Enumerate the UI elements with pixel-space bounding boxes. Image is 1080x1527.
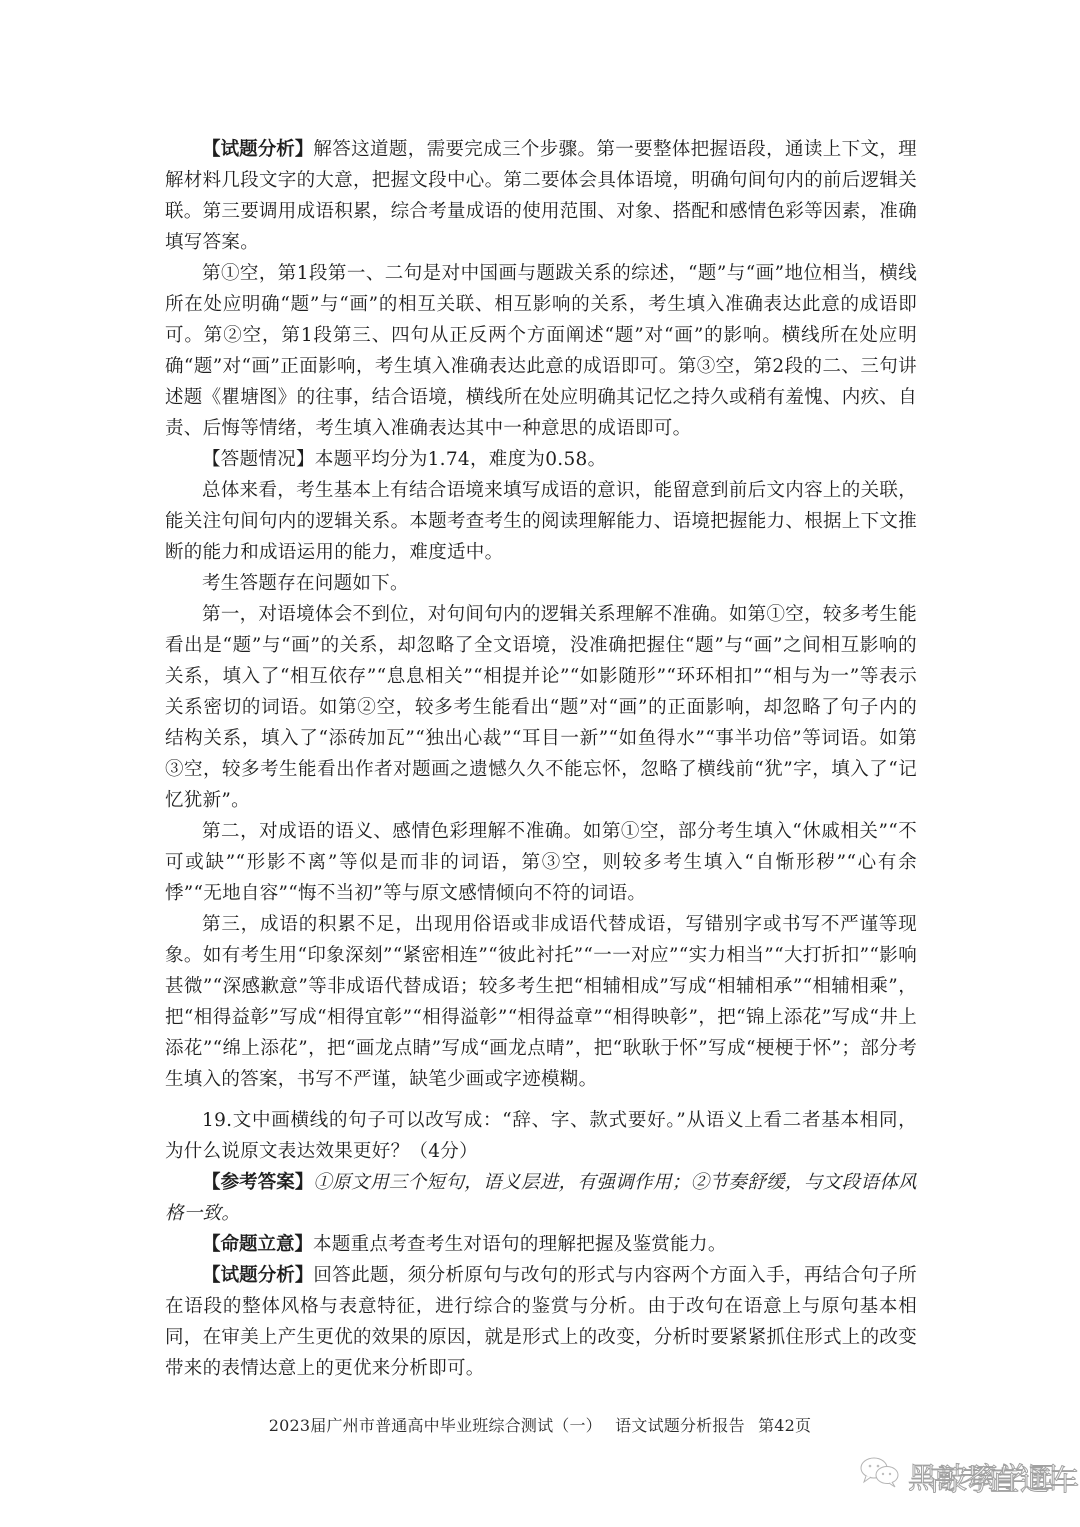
footer-subtitle: 语文试题分析报告: [615, 1416, 745, 1435]
problems-intro-paragraph: 考生答题存在问题如下。: [165, 568, 917, 599]
section-label-answer: 【参考答案】: [202, 1172, 313, 1193]
watermark-text-2: 高考直通车: [930, 1458, 1080, 1499]
section-label-intent: 【命题立意】: [202, 1234, 313, 1255]
page-number: 第42页: [758, 1416, 811, 1435]
paragraph-text: 第一，对语境体会不到位，对句间句内的逻辑关系理解不准确。如第①空，较多考生能看出…: [165, 604, 917, 811]
paragraph-text: 本题重点考查考生对语句的理解把握及鉴赏能力。: [313, 1234, 727, 1255]
question-number: 19.: [202, 1110, 232, 1131]
section-label-score: 【答题情况】: [202, 449, 315, 470]
spacer: [165, 1095, 917, 1105]
section-label-analysis: 【试题分析】: [202, 139, 313, 160]
score-situation-paragraph: 【答题情况】本题平均分为1.74，难度为0.58。: [165, 444, 917, 475]
intent-paragraph: 【命题立意】本题重点考查考生对语句的理解把握及鉴赏能力。: [165, 1229, 917, 1260]
watermark-text: 黑玻璃学园 高考直通车: [908, 1456, 1080, 1492]
problem-one-paragraph: 第一，对语境体会不到位，对句间句内的逻辑关系理解不准确。如第①空，较多考生能看出…: [165, 599, 917, 816]
document-body: 【试题分析】解答这道题，需要完成三个步骤。第一要整体把握语段，通读上下文，理解材…: [165, 134, 917, 1384]
page-footer: 2023届广州市普通高中毕业班综合测试（一） 语文试题分析报告 第42页: [0, 1413, 1080, 1436]
question-text: 文中画横线的句子可以改写成：“辞、字、款式要好。”从语义上看二者基本相同，为什么…: [165, 1110, 917, 1162]
question-19: 19.文中画横线的句子可以改写成：“辞、字、款式要好。”从语义上看二者基本相同，…: [165, 1105, 917, 1167]
problem-three-paragraph: 第三，成语的积累不足，出现用俗语或非成语代替成语，写错别字或书写不严谨等现象。如…: [165, 909, 917, 1095]
footer-title: 2023届广州市普通高中毕业班综合测试（一）: [269, 1416, 602, 1435]
overall-paragraph: 总体来看，考生基本上有结合语境来填写成语的意识，能留意到前后文内容上的关联，能关…: [165, 475, 917, 568]
wechat-icon: [858, 1455, 902, 1493]
watermark: 黑玻璃学园 高考直通车: [858, 1455, 1080, 1493]
problem-two-paragraph: 第二，对成语的语义、感情色彩理解不准确。如第①空，部分考生填入“休戚相关”“不可…: [165, 816, 917, 909]
analysis-paragraph: 【试题分析】解答这道题，需要完成三个步骤。第一要整体把握语段，通读上下文，理解材…: [165, 134, 917, 258]
analysis-19-paragraph: 【试题分析】回答此题，须分析原句与改句的形式与内容两个方面入手，再结合句子所在语…: [165, 1260, 917, 1384]
paragraph-text: 第三，成语的积累不足，出现用俗语或非成语代替成语，写错别字或书写不严谨等现象。如…: [165, 914, 917, 1090]
paragraph-text: 第二，对成语的语义、感情色彩理解不准确。如第①空，部分考生填入“休戚相关”“不可…: [165, 821, 917, 904]
paragraph-text: 第①空，第1段第一、二句是对中国画与题跋关系的综述，“题”与“画”地位相当，横线…: [165, 263, 917, 439]
paragraph-text: 考生答题存在问题如下。: [202, 573, 409, 594]
reference-answer-paragraph: 【参考答案】①原文用三个短句，语义层进，有强调作用；②节奏舒缓，与文段语体风格一…: [165, 1167, 917, 1229]
paragraph-text: 总体来看，考生基本上有结合语境来填写成语的意识，能留意到前后文内容上的关联，能关…: [165, 480, 917, 563]
section-label-analysis: 【试题分析】: [202, 1265, 313, 1286]
blank-explanation-paragraph: 第①空，第1段第一、二句是对中国画与题跋关系的综述，“题”与“画”地位相当，横线…: [165, 258, 917, 444]
paragraph-text: 本题平均分为1.74，难度为0.58。: [315, 449, 607, 470]
